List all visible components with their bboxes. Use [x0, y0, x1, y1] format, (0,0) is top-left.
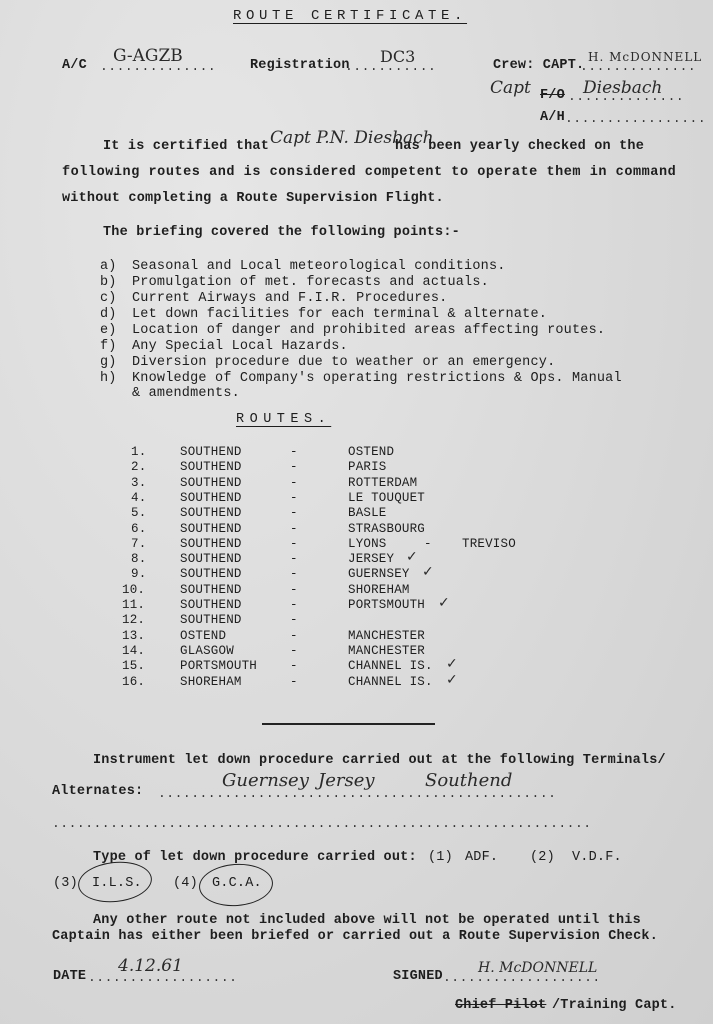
briefing-point: Location of danger and prohibited areas … — [132, 323, 605, 338]
route-extra-destination: TREVISO — [462, 537, 516, 551]
notice-line1: Any other route not included above will … — [93, 913, 641, 928]
letdown-option-num: (4) — [173, 876, 198, 891]
route-dash: - — [290, 445, 298, 459]
crew-capt-value: H. McDONNELL — [588, 50, 702, 64]
ac-label: A/C — [62, 58, 87, 73]
route-origin: SOUTHEND — [180, 476, 242, 490]
route-destination: PORTSMOUTH — [348, 598, 425, 612]
cert-line3: without completing a Route Supervision F… — [62, 191, 444, 206]
alternate-terminal: Jersey — [318, 770, 375, 791]
route-destination: BASLE — [348, 506, 387, 520]
briefing-letter: h) — [100, 371, 117, 386]
gca-selected-circle — [198, 861, 275, 908]
route-destination: CHANNEL IS. — [348, 675, 433, 689]
route-number: 2. — [131, 460, 146, 474]
letdown-label: Type of let down procedure carried out: — [93, 850, 417, 865]
route-dash: - — [290, 506, 298, 520]
route-dash: - — [290, 522, 298, 536]
route-certificate-document: ROUTE CERTIFICATE. A/C .............. G-… — [0, 0, 713, 1024]
route-origin: SOUTHEND — [180, 613, 242, 627]
route-origin: OSTEND — [180, 629, 226, 643]
briefing-point: Knowledge of Company's operating restric… — [132, 371, 622, 386]
route-origin: SOUTHEND — [180, 460, 242, 474]
instrument-line1: Instrument let down procedure carried ou… — [93, 753, 666, 768]
section-divider — [262, 723, 435, 725]
briefing-point: Current Airways and F.I.R. Procedures. — [132, 291, 447, 306]
route-dash: - — [290, 460, 298, 474]
briefing-letter: c) — [100, 291, 117, 306]
crew-second-struck-rank: F/O — [540, 88, 565, 103]
briefing-point: Promulgation of met. forecasts and actua… — [132, 275, 489, 290]
route-origin: SHOREHAM — [180, 675, 242, 689]
letdown-option-num: (2) — [530, 850, 555, 865]
route-destination: OSTEND — [348, 445, 394, 459]
route-number: 1. — [131, 445, 146, 459]
check-mark-icon: ✓ — [422, 564, 434, 580]
registration-value: DC3 — [380, 47, 415, 66]
route-origin: SOUTHEND — [180, 583, 242, 597]
route-origin: SOUTHEND — [180, 491, 242, 505]
blank-dotted-line: ........................................… — [52, 816, 592, 831]
briefing-point: Diversion procedure due to weather or an… — [132, 355, 555, 370]
route-origin: GLASGOW — [180, 644, 234, 658]
alternate-terminal: Guernsey — [222, 770, 309, 791]
briefing-point: & amendments. — [132, 386, 240, 401]
route-destination: JERSEY — [348, 552, 394, 566]
route-number: 13. — [122, 629, 145, 643]
cert-line2: following routes and is considered compe… — [62, 165, 676, 180]
route-number: 7. — [131, 537, 146, 551]
route-number: 16. — [122, 675, 145, 689]
route-dash: - — [290, 567, 298, 581]
route-dash: - — [290, 583, 298, 597]
route-dash: - — [290, 476, 298, 490]
briefing-letter: g) — [100, 355, 117, 370]
route-number: 3. — [131, 476, 146, 490]
alternate-terminal: Southend — [425, 770, 512, 791]
crew-second-prefix: Capt — [490, 78, 531, 98]
briefing-letter: d) — [100, 307, 117, 322]
struck-title: Chief Pilot — [455, 998, 546, 1013]
route-number: 15. — [122, 659, 145, 673]
route-number: 10. — [122, 583, 145, 597]
check-mark-icon: ✓ — [446, 656, 458, 672]
route-origin: PORTSMOUTH — [180, 659, 257, 673]
briefing-intro: The briefing covered the following point… — [103, 225, 460, 240]
route-dash: - — [290, 644, 298, 658]
cert-line1-suffix: has been yearly checked on the — [395, 139, 644, 154]
route-dash: - — [290, 552, 298, 566]
ils-selected-circle — [76, 858, 154, 906]
ac-value: G-AGZB — [113, 46, 183, 66]
cert-line1-prefix: It is certified that — [103, 139, 269, 154]
route-destination: LYONS — [348, 537, 387, 551]
route-number: 5. — [131, 506, 146, 520]
briefing-letter: e) — [100, 323, 117, 338]
check-mark-icon: ✓ — [438, 595, 450, 611]
signer-title: /Training Capt. — [552, 998, 677, 1013]
briefing-point: Any Special Local Hazards. — [132, 339, 348, 354]
route-number: 4. — [131, 491, 146, 505]
route-destination: ROTTERDAM — [348, 476, 417, 490]
route-destination: MANCHESTER — [348, 644, 425, 658]
alternates-label: Alternates: — [52, 784, 143, 799]
registration-label: Registration — [250, 58, 350, 73]
signature: H. McDONNELL — [478, 960, 597, 976]
route-dash: - — [290, 629, 298, 643]
route-number: 8. — [131, 552, 146, 566]
route-origin: SOUTHEND — [180, 445, 242, 459]
route-dash: - — [290, 675, 298, 689]
route-origin: SOUTHEND — [180, 522, 242, 536]
route-number: 6. — [131, 522, 146, 536]
date-label: DATE — [53, 969, 86, 984]
route-dash: - — [290, 659, 298, 673]
route-dash: - — [290, 613, 298, 627]
briefing-point: Seasonal and Local meteorological condit… — [132, 259, 506, 274]
crew-capt-label: Crew: CAPT. — [493, 58, 584, 73]
route-destination: MANCHESTER — [348, 629, 425, 643]
route-destination: STRASBOURG — [348, 522, 425, 536]
route-origin: SOUTHEND — [180, 506, 242, 520]
briefing-letter: b) — [100, 275, 117, 290]
route-destination: CHANNEL IS. — [348, 659, 433, 673]
letdown-option-num: (1) — [428, 850, 453, 865]
crew-second-value: Diesbach — [583, 78, 662, 98]
letdown-option-num: (3) — [53, 876, 78, 891]
route-number: 14. — [122, 644, 145, 658]
briefing-letter: a) — [100, 259, 117, 274]
routes-heading: ROUTES. — [236, 412, 331, 427]
route-dash: - — [290, 598, 298, 612]
document-title: ROUTE CERTIFICATE. — [233, 8, 467, 24]
date-value: 4.12.61 — [118, 956, 183, 976]
route-number: 9. — [131, 567, 146, 581]
ah-label: A/H — [540, 110, 565, 125]
notice-line2: Captain has either been briefed or carri… — [52, 929, 658, 944]
route-origin: SOUTHEND — [180, 552, 242, 566]
letdown-option-vdf: V.D.F. — [572, 850, 622, 865]
route-destination: PARIS — [348, 460, 387, 474]
route-dash: - — [290, 491, 298, 505]
route-destination: SHOREHAM — [348, 583, 410, 597]
briefing-point: Let down facilities for each terminal & … — [132, 307, 547, 322]
route-dash: - — [290, 537, 298, 551]
briefing-letter: f) — [100, 339, 117, 354]
letdown-option-adf: ADF. — [465, 850, 498, 865]
route-number: 11. — [122, 598, 145, 612]
route-destination: GUERNSEY — [348, 567, 410, 581]
check-mark-icon: ✓ — [446, 672, 458, 688]
ah-dotted-field: ................. — [565, 111, 706, 126]
route-origin: SOUTHEND — [180, 537, 242, 551]
check-mark-icon: ✓ — [406, 549, 418, 565]
route-origin: SOUTHEND — [180, 598, 242, 612]
route-dash: - — [424, 537, 432, 551]
signed-label: SIGNED — [393, 969, 443, 984]
route-destination: LE TOUQUET — [348, 491, 425, 505]
route-number: 12. — [122, 613, 145, 627]
route-origin: SOUTHEND — [180, 567, 242, 581]
